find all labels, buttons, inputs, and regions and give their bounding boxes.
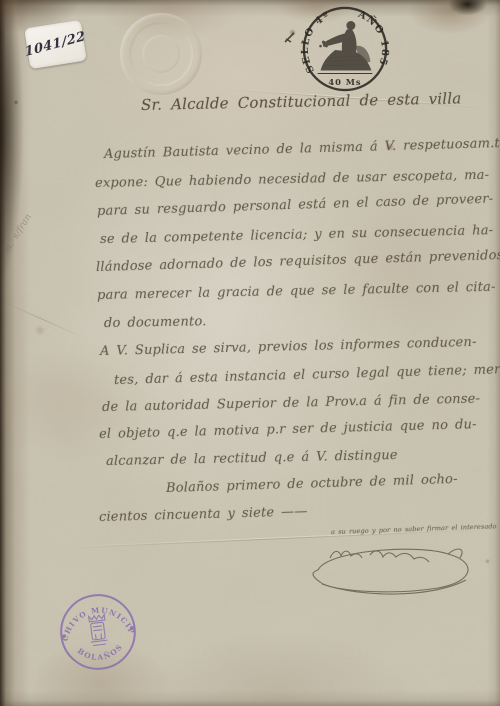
revenue-stamp-icon: SELLO 4º AÑO 1857 40 Ms (296, 3, 394, 95)
manuscript-line: de la autoridad Superior de la Prov.a á … (102, 391, 480, 415)
manuscript-line: A V. Suplica se sirva, previos los infor… (100, 335, 477, 359)
manuscript-line: alcanzar de la rectitud q.e á V. disting… (106, 448, 398, 469)
revenue-stamp-denomination: 40 Ms (328, 77, 361, 87)
municipal-archive-stamp-icon: ARCHIVO MUNICIPAL BOLAÑOS (47, 581, 150, 684)
date-line-1: Bolaños primero de octubre de mil ocho- (166, 472, 458, 496)
manuscript-line: Agustín Bautista vecino de la misma á V.… (104, 136, 500, 162)
date-line-2: cientos cincuenta y siete —— (99, 504, 308, 525)
archive-label: 1041/22 (24, 29, 87, 60)
embossed-dry-seal-icon (120, 13, 202, 95)
coat-of-arms-icon (88, 615, 108, 646)
ink-mark (283, 30, 297, 46)
manuscript-line: el objeto q.e la motiva p.r ser de justi… (99, 417, 477, 442)
manuscript-line: para su resguardo personal está en el ca… (97, 192, 494, 219)
archive-label-sticker: 1041/22 (24, 20, 87, 69)
signature-rubric (300, 534, 490, 596)
allegorical-figure (319, 21, 371, 71)
manuscript-line: se de la competente licencia; y en su co… (100, 223, 494, 247)
margin-pencil-note: m. s/fran (2, 212, 34, 255)
manuscript-page: 1041/22 SELLO 4º AÑO (0, 0, 500, 706)
document-salutation: Sr. Alcalde Constitucional de esta villa (141, 89, 462, 114)
manuscript-line: tes, dar á esta instancia el curso legal… (114, 362, 500, 388)
paper-crease (0, 300, 83, 339)
manuscript-line: do documento. (104, 314, 207, 331)
manuscript-line: llándose adornado de los requisitos que … (96, 248, 500, 275)
manuscript-line: para merecer la gracia de que se le facu… (97, 280, 496, 303)
manuscript-line: expone: Que habiendo necesidad de usar e… (95, 168, 490, 191)
